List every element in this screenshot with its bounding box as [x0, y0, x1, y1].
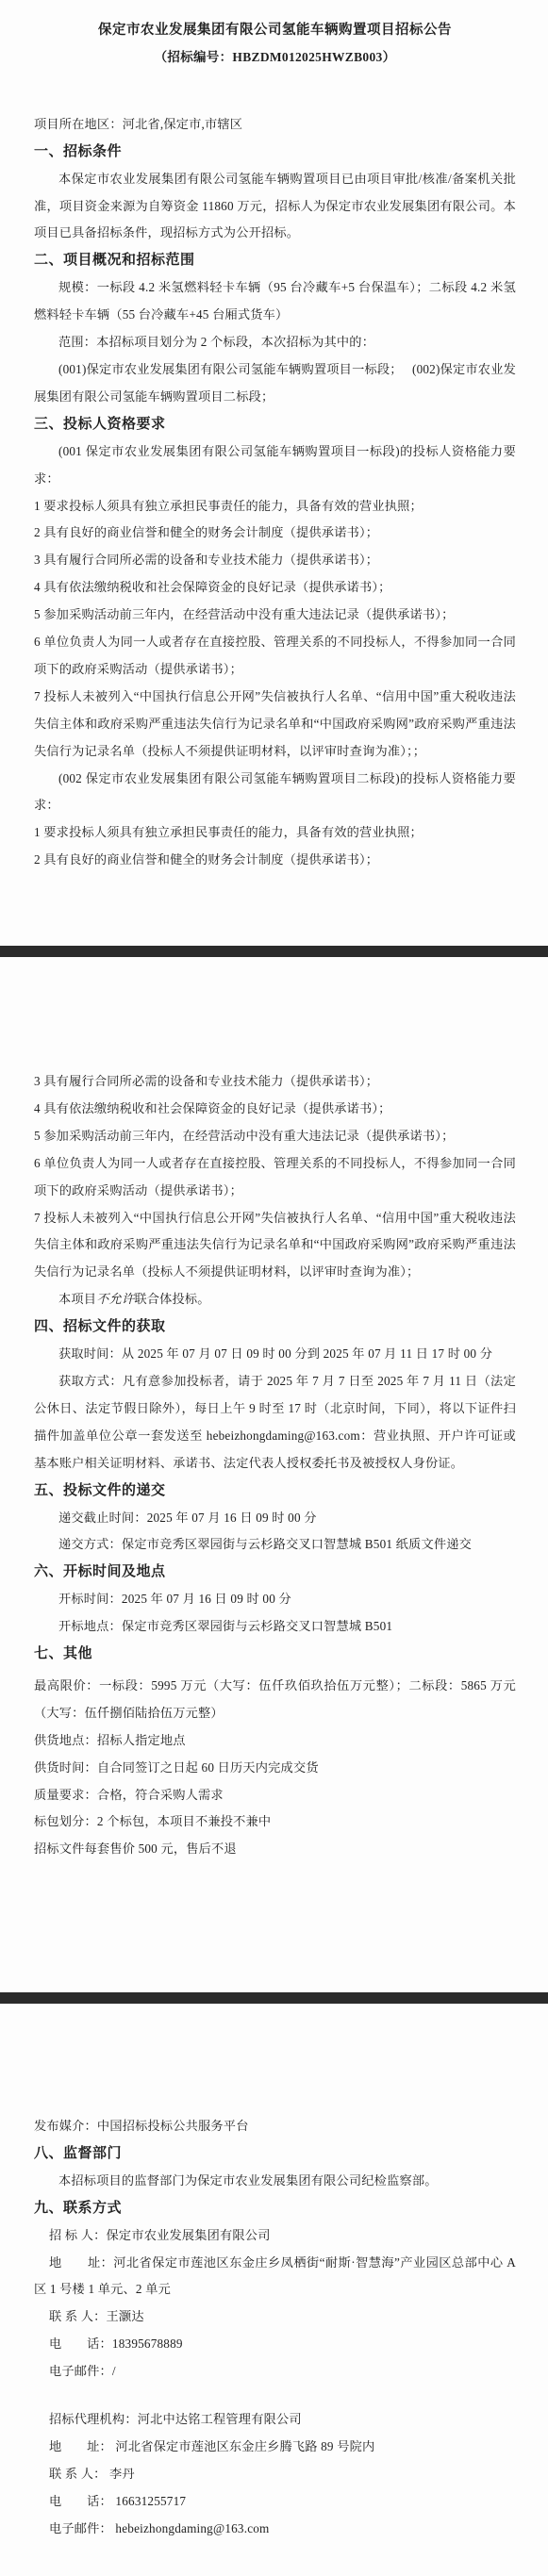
spacer [34, 2386, 516, 2406]
lot1-requirement-item: 4 具有依法缴纳税收和社会保障资金的良好记录（提供承诺书）； [34, 574, 516, 602]
lot2-requirement-item: 5 参加采购活动前三年内，在经营活动中没有重大违法记录（提供承诺书）； [34, 1123, 516, 1150]
project-lots-para: (001)保定市农业发展集团有限公司氢能车辆购置项目一标段； (002)保定市农… [34, 356, 516, 411]
project-range-para: 范围：本招标项目划分为 2 个标段，本次招标为其中的： [34, 329, 516, 356]
tenderer-phone-line: 电 话：18395678889 [34, 2331, 516, 2358]
agency-address-line: 地 址： 河北省保定市莲池区东金庄乡腾飞路 89 号院内 [34, 2434, 516, 2461]
no-consortium-pre: 本项目 [58, 1292, 96, 1306]
agency-phone-line: 电 话： 16631255717 [34, 2488, 516, 2516]
page-1: 保定市农业发展集团有限公司氢能车辆购置项目招标公告 （招标编号：HBZDM012… [0, 0, 548, 946]
submission-deadline-para: 递交截止时间：2025 年 07 月 16 日 09 时 00 分 [34, 1505, 516, 1532]
agency-email-line: 电子邮件： hebeizhongdaming@163.com [34, 2516, 516, 2543]
section-8-heading: 八、监督部门 [34, 2140, 516, 2168]
page-2: 3 具有履行合同所必需的设备和专业技术能力（提供承诺书）； 4 具有依法缴纳税收… [0, 957, 548, 1992]
agency-contact-line: 联 系 人： 李丹 [34, 2461, 516, 2488]
obtain-method-para: 获取方式：凡有意参加投标者，请于 2025 年 7 月 7 日至 2025 年 … [34, 1368, 516, 1478]
no-consortium-emphasis: 不允许 [96, 1292, 134, 1306]
page-separator [0, 946, 548, 957]
supervision-para: 本招标项目的监督部门为保定市农业发展集团有限公司纪检监察部。 [34, 2168, 516, 2195]
no-consortium-note: 本项目不允许联合体投标。 [34, 1286, 516, 1313]
lot2-requirements-header: (002 保定市农业发展集团有限公司氢能车辆购置项目二标段)的投标人资格能力要求… [34, 766, 516, 820]
section-6-heading: 六、开标时间及地点 [34, 1559, 516, 1586]
spacer [34, 72, 516, 111]
section-1-heading: 一、招标条件 [34, 139, 516, 166]
lot2-requirement-item: 2 具有良好的商业信誉和健全的财务会计制度（提供承诺书）； [34, 847, 516, 874]
lot2-requirement-item: 3 具有履行合同所必需的设备和专业技术能力（提供承诺书）； [34, 1068, 516, 1096]
page-separator [0, 1992, 548, 2004]
tender-conditions-para: 本保定市农业发展集团有限公司氢能车辆购置项目已由项目审批/核准/备案机关批准，项… [34, 166, 516, 248]
opening-time-para: 开标时间：2025 年 07 月 16 日 09 时 00 分 [34, 1586, 516, 1613]
obtain-time-para: 获取时间：从 2025 年 07 月 07 日 09 时 00 分到 2025 … [34, 1341, 516, 1368]
lot1-requirement-item: 7 投标人未被列入“中国执行信息公开网”失信被执行人名单、“信用中国”重大税收违… [34, 684, 516, 766]
lot2-requirement-item: 4 具有依法缴纳税收和社会保障资金的良好记录（提供承诺书）； [34, 1096, 516, 1123]
lot1-requirement-item: 5 参加采购活动前三年内，在经营活动中没有重大违法记录（提供承诺书）； [34, 602, 516, 629]
project-scale-para: 规模：一标段 4.2 米氢燃料轻卡车辆（95 台冷藏车+5 台保温车）；二标段 … [34, 274, 516, 329]
lot1-requirement-item: 6 单位负责人为同一人或者存在直接控股、管理关系的不同投标人，不得参加同一合同项… [34, 629, 516, 684]
lot1-requirement-item: 1 要求投标人须具有独立承担民事责任的能力，具备有效的营业执照； [34, 493, 516, 520]
lot1-requirement-item: 2 具有良好的商业信誉和健全的财务会计制度（提供承诺书）； [34, 520, 516, 547]
lot2-requirement-item: 6 单位负责人为同一人或者存在直接控股、管理关系的不同投标人，不得参加同一合同项… [34, 1150, 516, 1205]
section-2-heading: 二、项目概况和招标范围 [34, 247, 516, 274]
section-7-heading: 七、其他 [34, 1641, 516, 1668]
no-consortium-post: 联合体投标。 [134, 1292, 209, 1306]
bid-number: （招标编号：HBZDM012025HWZB003） [34, 44, 516, 72]
quality-requirement-para: 质量要求：合格，符合采购人需求 [34, 1782, 516, 1809]
agency-name-line: 招标代理机构：河北中达铭工程管理有限公司 [34, 2406, 516, 2434]
lot1-requirement-item: 3 具有履行合同所必需的设备和专业技术能力（提供承诺书）； [34, 547, 516, 574]
section-9-heading: 九、联系方式 [34, 2195, 516, 2222]
page-3: 发布媒介：中国招标投标公共服务平台 八、监督部门 本招标项目的监督部门为保定市农… [0, 2004, 548, 2576]
section-5-heading: 五、投标文件的递交 [34, 1478, 516, 1505]
tenderer-email-line: 电子邮件：/ [34, 2358, 516, 2386]
section-4-heading: 四、招标文件的获取 [34, 1313, 516, 1341]
opening-place-para: 开标地点：保定市竞秀区翠园街与云杉路交叉口智慧城 B501 [34, 1613, 516, 1641]
tenderer-name-line: 招 标 人：保定市农业发展集团有限公司 [34, 2222, 516, 2250]
submission-method-para: 递交方式：保定市竞秀区翠园街与云杉路交叉口智慧城 B501 纸质文件递交 [34, 1531, 516, 1559]
tender-announcement-document: 保定市农业发展集团有限公司氢能车辆购置项目招标公告 （招标编号：HBZDM012… [0, 0, 548, 2576]
page-title: 保定市农业发展集团有限公司氢能车辆购置项目招标公告 [34, 17, 516, 44]
project-location: 项目所在地区：河北省,保定市,市辖区 [34, 111, 516, 139]
supply-place-para: 供货地点：招标人指定地点 [34, 1727, 516, 1755]
publish-media-para: 发布媒介：中国招标投标公共服务平台 [34, 2113, 516, 2140]
supply-time-para: 供货时间：自合同签订之日起 60 日历天内完成交货 [34, 1755, 516, 1782]
lot1-requirements-header: (001 保定市农业发展集团有限公司氢能车辆购置项目一标段)的投标人资格能力要求… [34, 438, 516, 493]
tenderer-contact-line: 联 系 人：王灏达 [34, 2304, 516, 2331]
lot2-requirement-item: 1 要求投标人须具有独立承担民事责任的能力，具备有效的营业执照； [34, 819, 516, 847]
tenderer-address-line: 地 址：河北省保定市莲池区东金庄乡凤栖街“耐斯·智慧海”产业园区总部中心 A 区… [34, 2250, 516, 2304]
document-price-para: 招标文件每套售价 500 元，售后不退 [34, 1836, 516, 1863]
max-price-para: 最高限价：一标段：5995 万元（大写：伍仟玖佰玖拾伍万元整）；二标段：5865… [34, 1673, 516, 1727]
section-3-heading: 三、投标人资格要求 [34, 411, 516, 438]
lot2-requirement-item: 7 投标人未被列入“中国执行信息公开网”失信被执行人名单、“信用中国”重大税收违… [34, 1205, 516, 1287]
package-division-para: 标包划分：2 个标包，本项目不兼投不兼中 [34, 1808, 516, 1836]
